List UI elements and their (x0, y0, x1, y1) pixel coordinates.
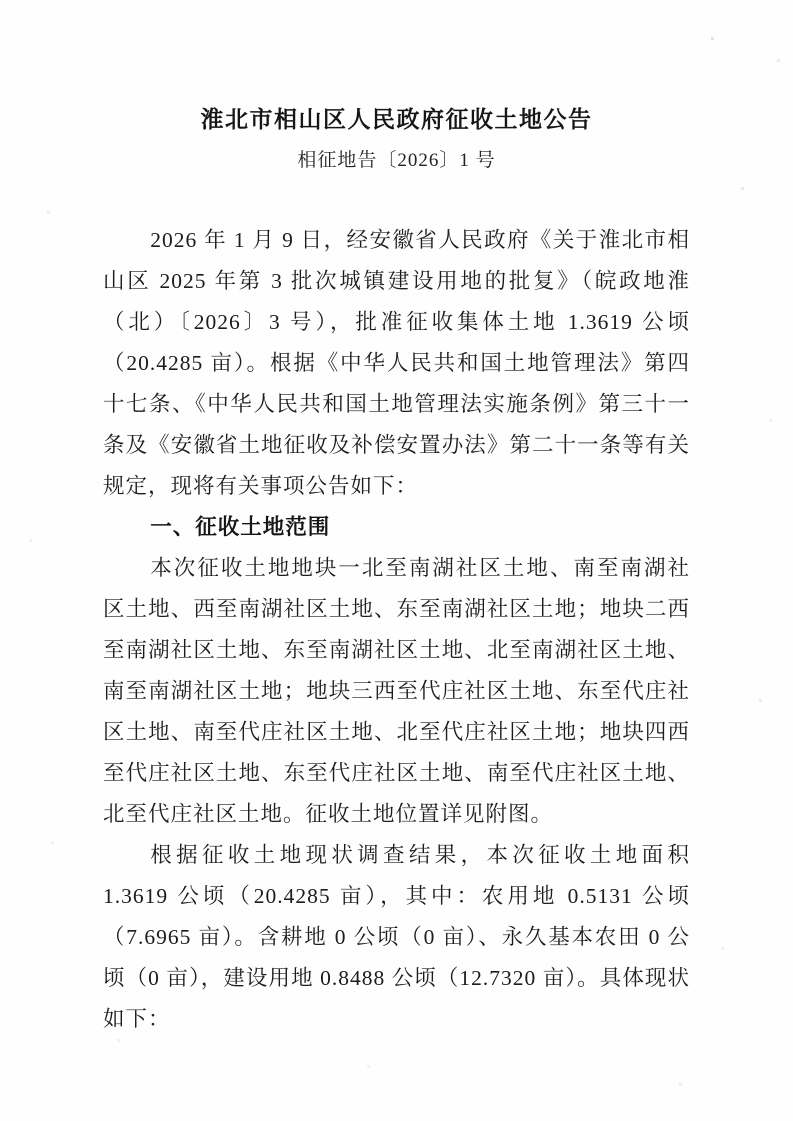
document-title: 淮北市相山区人民政府征收土地公告 (103, 104, 690, 134)
section-1-heading: 一、征收土地范围 (103, 507, 690, 548)
section-1-paragraph-1: 本次征收土地地块一北至南湖社区土地、南至南湖社区土地、西至南湖社区土地、东至南湖… (103, 548, 690, 835)
intro-paragraph: 2026 年 1 月 9 日，经安徽省人民政府《关于淮北市相山区 2025 年第… (103, 220, 690, 507)
document-number: 相征地告〔2026〕1 号 (103, 149, 690, 173)
document-page: 淮北市相山区人民政府征收土地公告 相征地告〔2026〕1 号 2026 年 1 … (0, 0, 793, 1121)
section-1-paragraph-2: 根据征收土地现状调查结果，本次征收土地面积 1.3619 公顷（20.4285 … (103, 835, 690, 1040)
document-body: 2026 年 1 月 9 日，经安徽省人民政府《关于淮北市相山区 2025 年第… (103, 220, 690, 1040)
scan-noise (0, 0, 1, 1)
